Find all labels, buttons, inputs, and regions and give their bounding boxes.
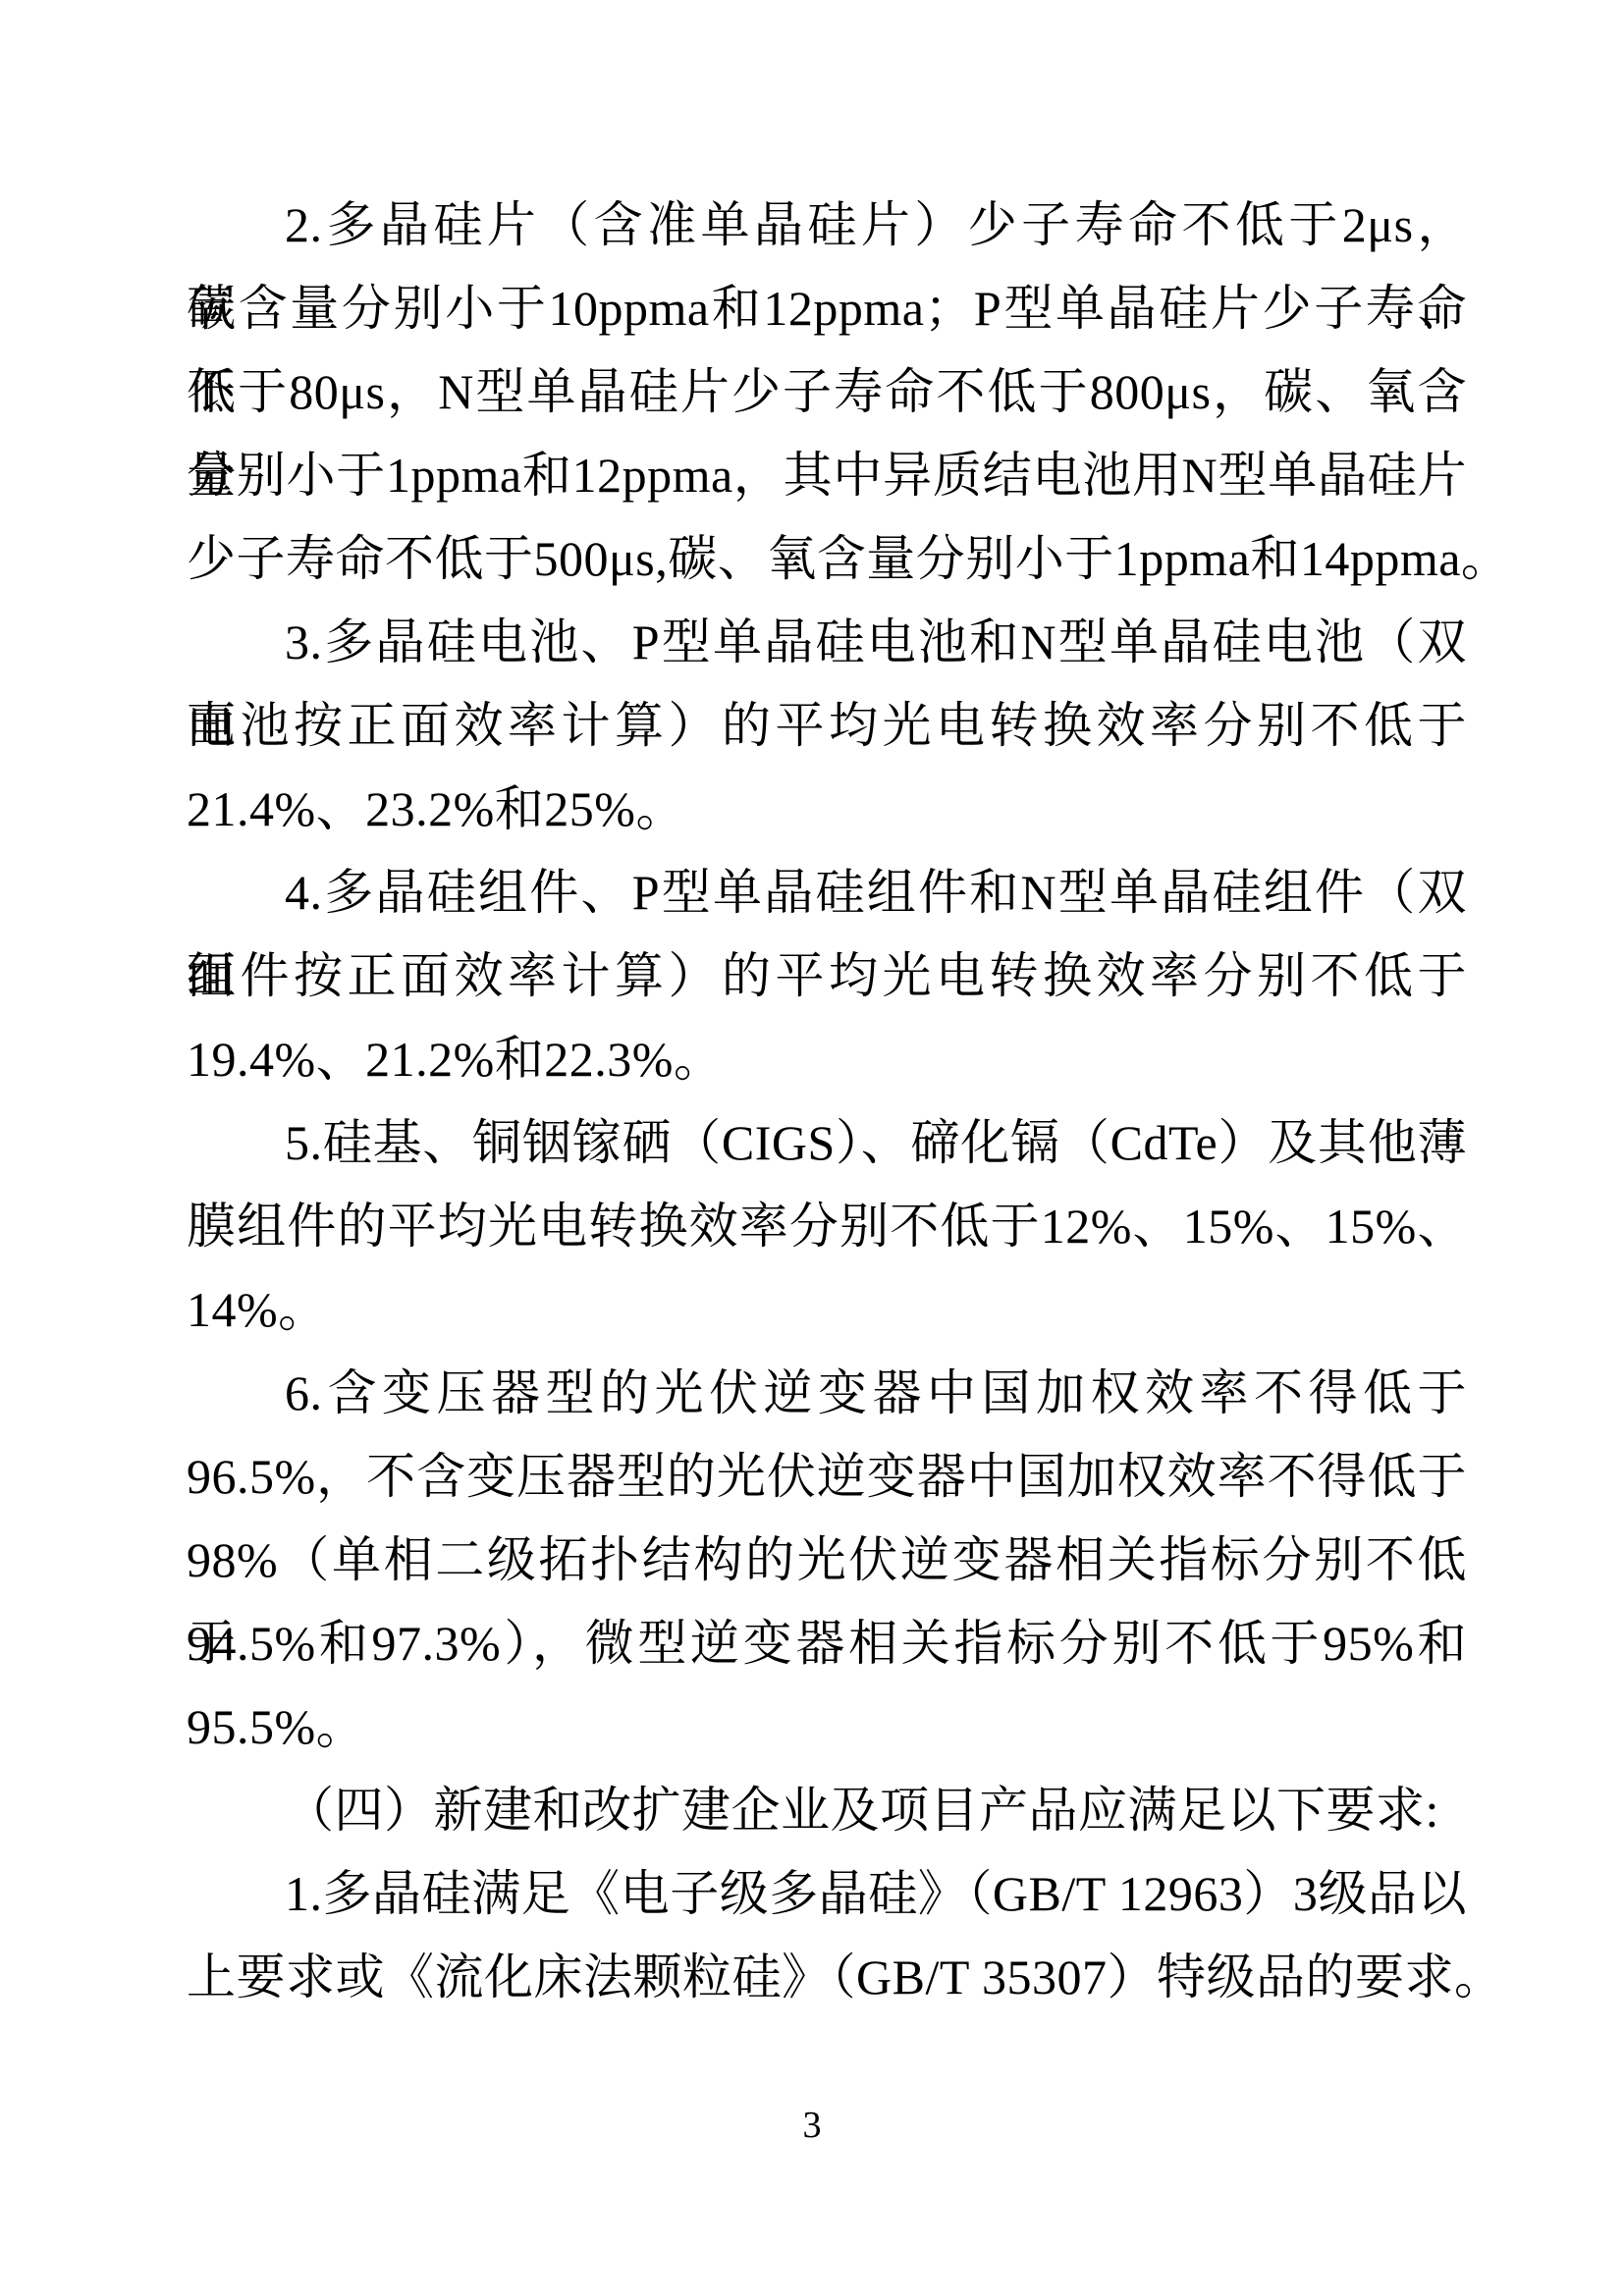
document-body: 2.多晶硅片（含准单晶硅片）少子寿命不低于2μs，碳、氧含量分别小于10ppma… — [187, 184, 1467, 2019]
text-line: （四）新建和改扩建企业及项目产品应满足以下要求: — [187, 1769, 1467, 1852]
clause-6-inverter-efficiency: 6.含变压器型的光伏逆变器中国加权效率不得低于96.5%，不含变压器型的光伏逆变… — [187, 1352, 1467, 1769]
text-line: 94.5%和97.3%），微型逆变器相关指标分别不低于95%和 — [187, 1602, 1467, 1685]
clause-4-module-efficiency: 4.多晶硅组件、P型单晶硅组件和N型单晶硅组件（双面组件按正面效率计算）的平均光… — [187, 851, 1467, 1101]
text-line: 4.多晶硅组件、P型单晶硅组件和N型单晶硅组件（双面 — [187, 851, 1467, 934]
clause-1-polysilicon-standard: 1.多晶硅满足《电子级多晶硅》（GB/T 12963）3级品以上要求或《流化床法… — [187, 1852, 1467, 2019]
text-line: 1.多晶硅满足《电子级多晶硅》（GB/T 12963）3级品以 — [187, 1852, 1467, 1936]
text-line: 组件按正面效率计算）的平均光电转换效率分别不低于 — [187, 934, 1467, 1018]
text-line: 98%（单相二级拓扑结构的光伏逆变器相关指标分别不低于 — [187, 1519, 1467, 1602]
text-line: 少子寿命不低于500μs,碳、氧含量分别小于1ppma和14ppma。 — [187, 517, 1467, 601]
text-line: 上要求或《流化床法颗粒硅》（GB/T 35307）特级品的要求。 — [187, 1936, 1467, 2019]
text-line: 5.硅基、铜铟镓硒（CIGS）、碲化镉（CdTe）及其他薄 — [187, 1101, 1467, 1185]
text-line: 电池按正面效率计算）的平均光电转换效率分别不低于 — [187, 684, 1467, 768]
page-number: 3 — [803, 2101, 822, 2150]
clause-5-thin-film-efficiency: 5.硅基、铜铟镓硒（CIGS）、碲化镉（CdTe）及其他薄膜组件的平均光电转换效… — [187, 1101, 1467, 1352]
text-line: 氧含量分别小于10ppma和12ppma；P型单晶硅片少子寿命不 — [187, 267, 1467, 350]
text-line: 21.4%、23.2%和25%。 — [187, 768, 1467, 851]
clause-3-cell-efficiency: 3.多晶硅电池、P型单晶硅电池和N型单晶硅电池（双面电池按正面效率计算）的平均光… — [187, 601, 1467, 851]
text-line: 6.含变压器型的光伏逆变器中国加权效率不得低于 — [187, 1352, 1467, 1435]
text-line: 分别小于1ppma和12ppma，其中异质结电池用N型单晶硅片 — [187, 434, 1467, 517]
text-line: 95.5%。 — [187, 1685, 1467, 1769]
text-line: 3.多晶硅电池、P型单晶硅电池和N型单晶硅电池（双面 — [187, 601, 1467, 684]
text-line: 2.多晶硅片（含准单晶硅片）少子寿命不低于2μs，碳、 — [187, 184, 1467, 267]
text-line: 14%。 — [187, 1268, 1467, 1352]
text-line: 96.5%，不含变压器型的光伏逆变器中国加权效率不得低于 — [187, 1435, 1467, 1519]
page-footer: 3 — [0, 2101, 1624, 2150]
section-4-heading: （四）新建和改扩建企业及项目产品应满足以下要求: — [187, 1769, 1467, 1852]
document-page: 2.多晶硅片（含准单晶硅片）少子寿命不低于2μs，碳、氧含量分别小于10ppma… — [0, 0, 1624, 2296]
clause-2-wafer-requirements: 2.多晶硅片（含准单晶硅片）少子寿命不低于2μs，碳、氧含量分别小于10ppma… — [187, 184, 1467, 601]
text-line: 膜组件的平均光电转换效率分别不低于12%、15%、15%、 — [187, 1185, 1467, 1268]
text-line: 19.4%、21.2%和22.3%。 — [187, 1018, 1467, 1101]
text-line: 低于80μs，N型单晶硅片少子寿命不低于800μs，碳、氧含量 — [187, 350, 1467, 434]
